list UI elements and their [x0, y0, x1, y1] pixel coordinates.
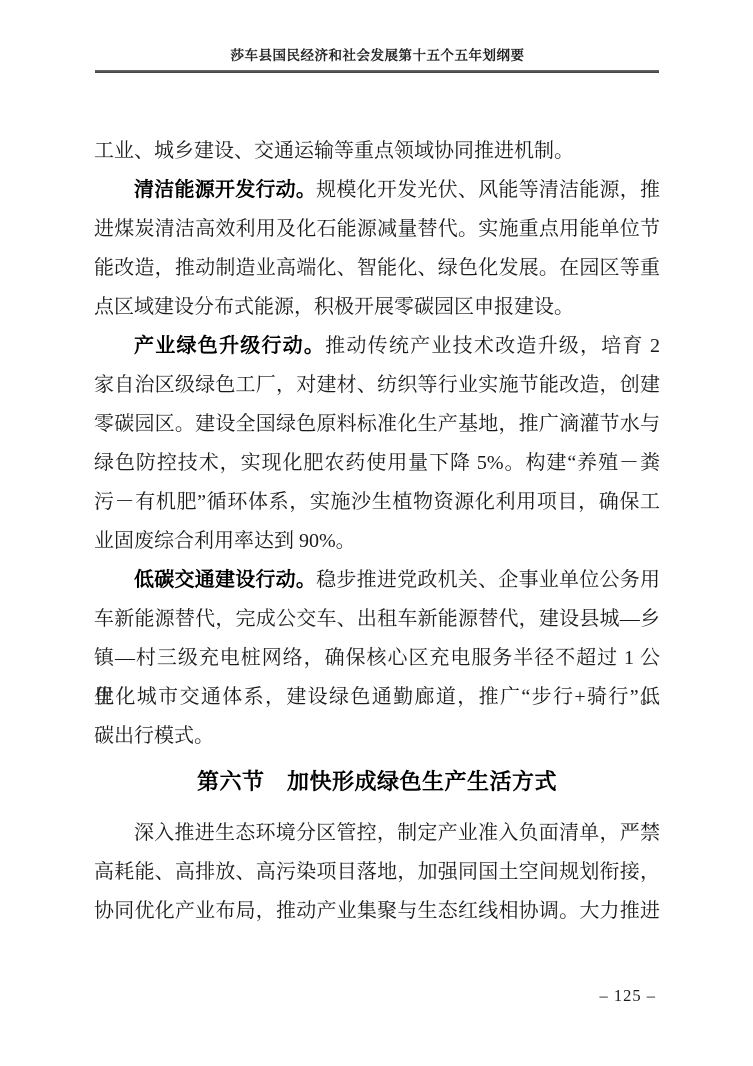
body-line: 碳出行模式。	[94, 717, 660, 756]
body-line: 产业绿色升级行动。推动传统产业技术改造升级，培育 2	[94, 327, 660, 366]
body-line: 能改造，推动制造业高端化、智能化、绿色化发展。在园区等重	[94, 249, 660, 288]
body-line: 绿色防控技术，实现化肥农药使用量下降 5%。构建“养殖－粪	[94, 444, 660, 483]
body-text-segment: 污－有机肥”循环体系，实施沙生植物资源化利用项目，确保工	[94, 491, 660, 513]
body-text-segment: 高耗能、高排放、高污染项目落地，加强同国土空间规划衔接，	[94, 861, 660, 883]
body-line: 协同优化产业布局，推动产业集聚与生态红线相协调。大力推进	[94, 892, 660, 931]
body-text-segment: 进煤炭清洁高效利用及化石能源减量替代。实施重点用能单位节	[94, 218, 660, 240]
body-line: 镇—村三级充电桩网络，确保核心区充电服务半径不超过 1 公里。	[94, 639, 660, 678]
section-heading: 第六节 加快形成绿色生产生活方式	[94, 762, 660, 802]
body-line: 工业、城乡建设、交通运输等重点领域协同推进机制。	[94, 132, 660, 171]
body-text-segment: 家自治区级绿色工厂，对建材、纺织等行业实施节能改造，创建	[94, 374, 660, 396]
page-footer: – 125 –	[600, 985, 657, 1006]
body-line: 车新能源替代，完成公交车、出租车新能源替代，建设县城—乡	[94, 600, 660, 639]
paragraph-lead-in: 低碳交通建设行动。	[134, 569, 316, 591]
body-text-segment: 零碳园区。建设全国绿色原料标准化生产基地，推广滴灌节水与	[94, 413, 660, 435]
body-text-segment: 规模化开发光伏、风能等清洁能源，推	[316, 179, 660, 201]
body-text-segment: 业固废综合利用率达到 90%。	[94, 530, 356, 552]
paragraph-lead-in: 清洁能源开发行动。	[134, 179, 316, 201]
page-number: – 125 –	[600, 986, 657, 1005]
body-text-segment: 优化城市交通体系，建设绿色通勤廊道，推广“步行+骑行”低	[94, 686, 660, 708]
body-line: 污－有机肥”循环体系，实施沙生植物资源化利用项目，确保工	[94, 483, 660, 522]
body-line: 业固废综合利用率达到 90%。	[94, 522, 660, 561]
body-text-segment: 能改造，推动制造业高端化、智能化、绿色化发展。在园区等重	[94, 257, 660, 279]
body-line: 深入推进生态环境分区管控，制定产业准入负面清单，严禁	[94, 814, 660, 853]
body-text-segment: 碳出行模式。	[94, 725, 214, 747]
body-line: 家自治区级绿色工厂，对建材、纺织等行业实施节能改造，创建	[94, 366, 660, 405]
body-line: 清洁能源开发行动。规模化开发光伏、风能等清洁能源，推	[94, 171, 660, 210]
page-header: 莎车县国民经济和社会发展第十五个五年划纲要	[94, 47, 661, 65]
body-line: 优化城市交通体系，建设绿色通勤廊道，推广“步行+骑行”低	[94, 678, 660, 717]
body-text-segment: 深入推进生态环境分区管控，制定产业准入负面清单，严禁	[134, 822, 660, 844]
body-text-segment: 协同优化产业布局，推动产业集聚与生态红线相协调。大力推进	[94, 900, 660, 922]
body-line: 进煤炭清洁高效利用及化石能源减量替代。实施重点用能单位节	[94, 210, 660, 249]
header-title: 莎车县国民经济和社会发展第十五个五年划纲要	[94, 47, 661, 65]
body-text-segment: 车新能源替代，完成公交车、出租车新能源替代，建设县城—乡	[94, 608, 660, 630]
document-body: 工业、城乡建设、交通运输等重点领域协同推进机制。清洁能源开发行动。规模化开发光伏…	[94, 132, 660, 931]
body-text-segment: 点区域建设分布式能源，积极开展零碳园区申报建设。	[94, 296, 574, 318]
paragraph-lead-in: 产业绿色升级行动。	[134, 335, 325, 357]
header-rule	[95, 70, 659, 73]
body-line: 点区域建设分布式能源，积极开展零碳园区申报建设。	[94, 288, 660, 327]
body-line: 低碳交通建设行动。稳步推进党政机关、企事业单位公务用	[94, 561, 660, 600]
body-text-segment: 工业、城乡建设、交通运输等重点领域协同推进机制。	[94, 140, 574, 162]
body-text-segment: 稳步推进党政机关、企事业单位公务用	[316, 569, 660, 591]
body-line: 高耗能、高排放、高污染项目落地，加强同国土空间规划衔接，	[94, 853, 660, 892]
body-text-segment: 推动传统产业技术改造升级，培育 2	[325, 335, 660, 357]
document-page: 莎车县国民经济和社会发展第十五个五年划纲要 工业、城乡建设、交通运输等重点领域协…	[0, 0, 753, 1066]
body-line: 零碳园区。建设全国绿色原料标准化生产基地，推广滴灌节水与	[94, 405, 660, 444]
body-text-segment: 绿色防控技术，实现化肥农药使用量下降 5%。构建“养殖－粪	[94, 452, 660, 474]
